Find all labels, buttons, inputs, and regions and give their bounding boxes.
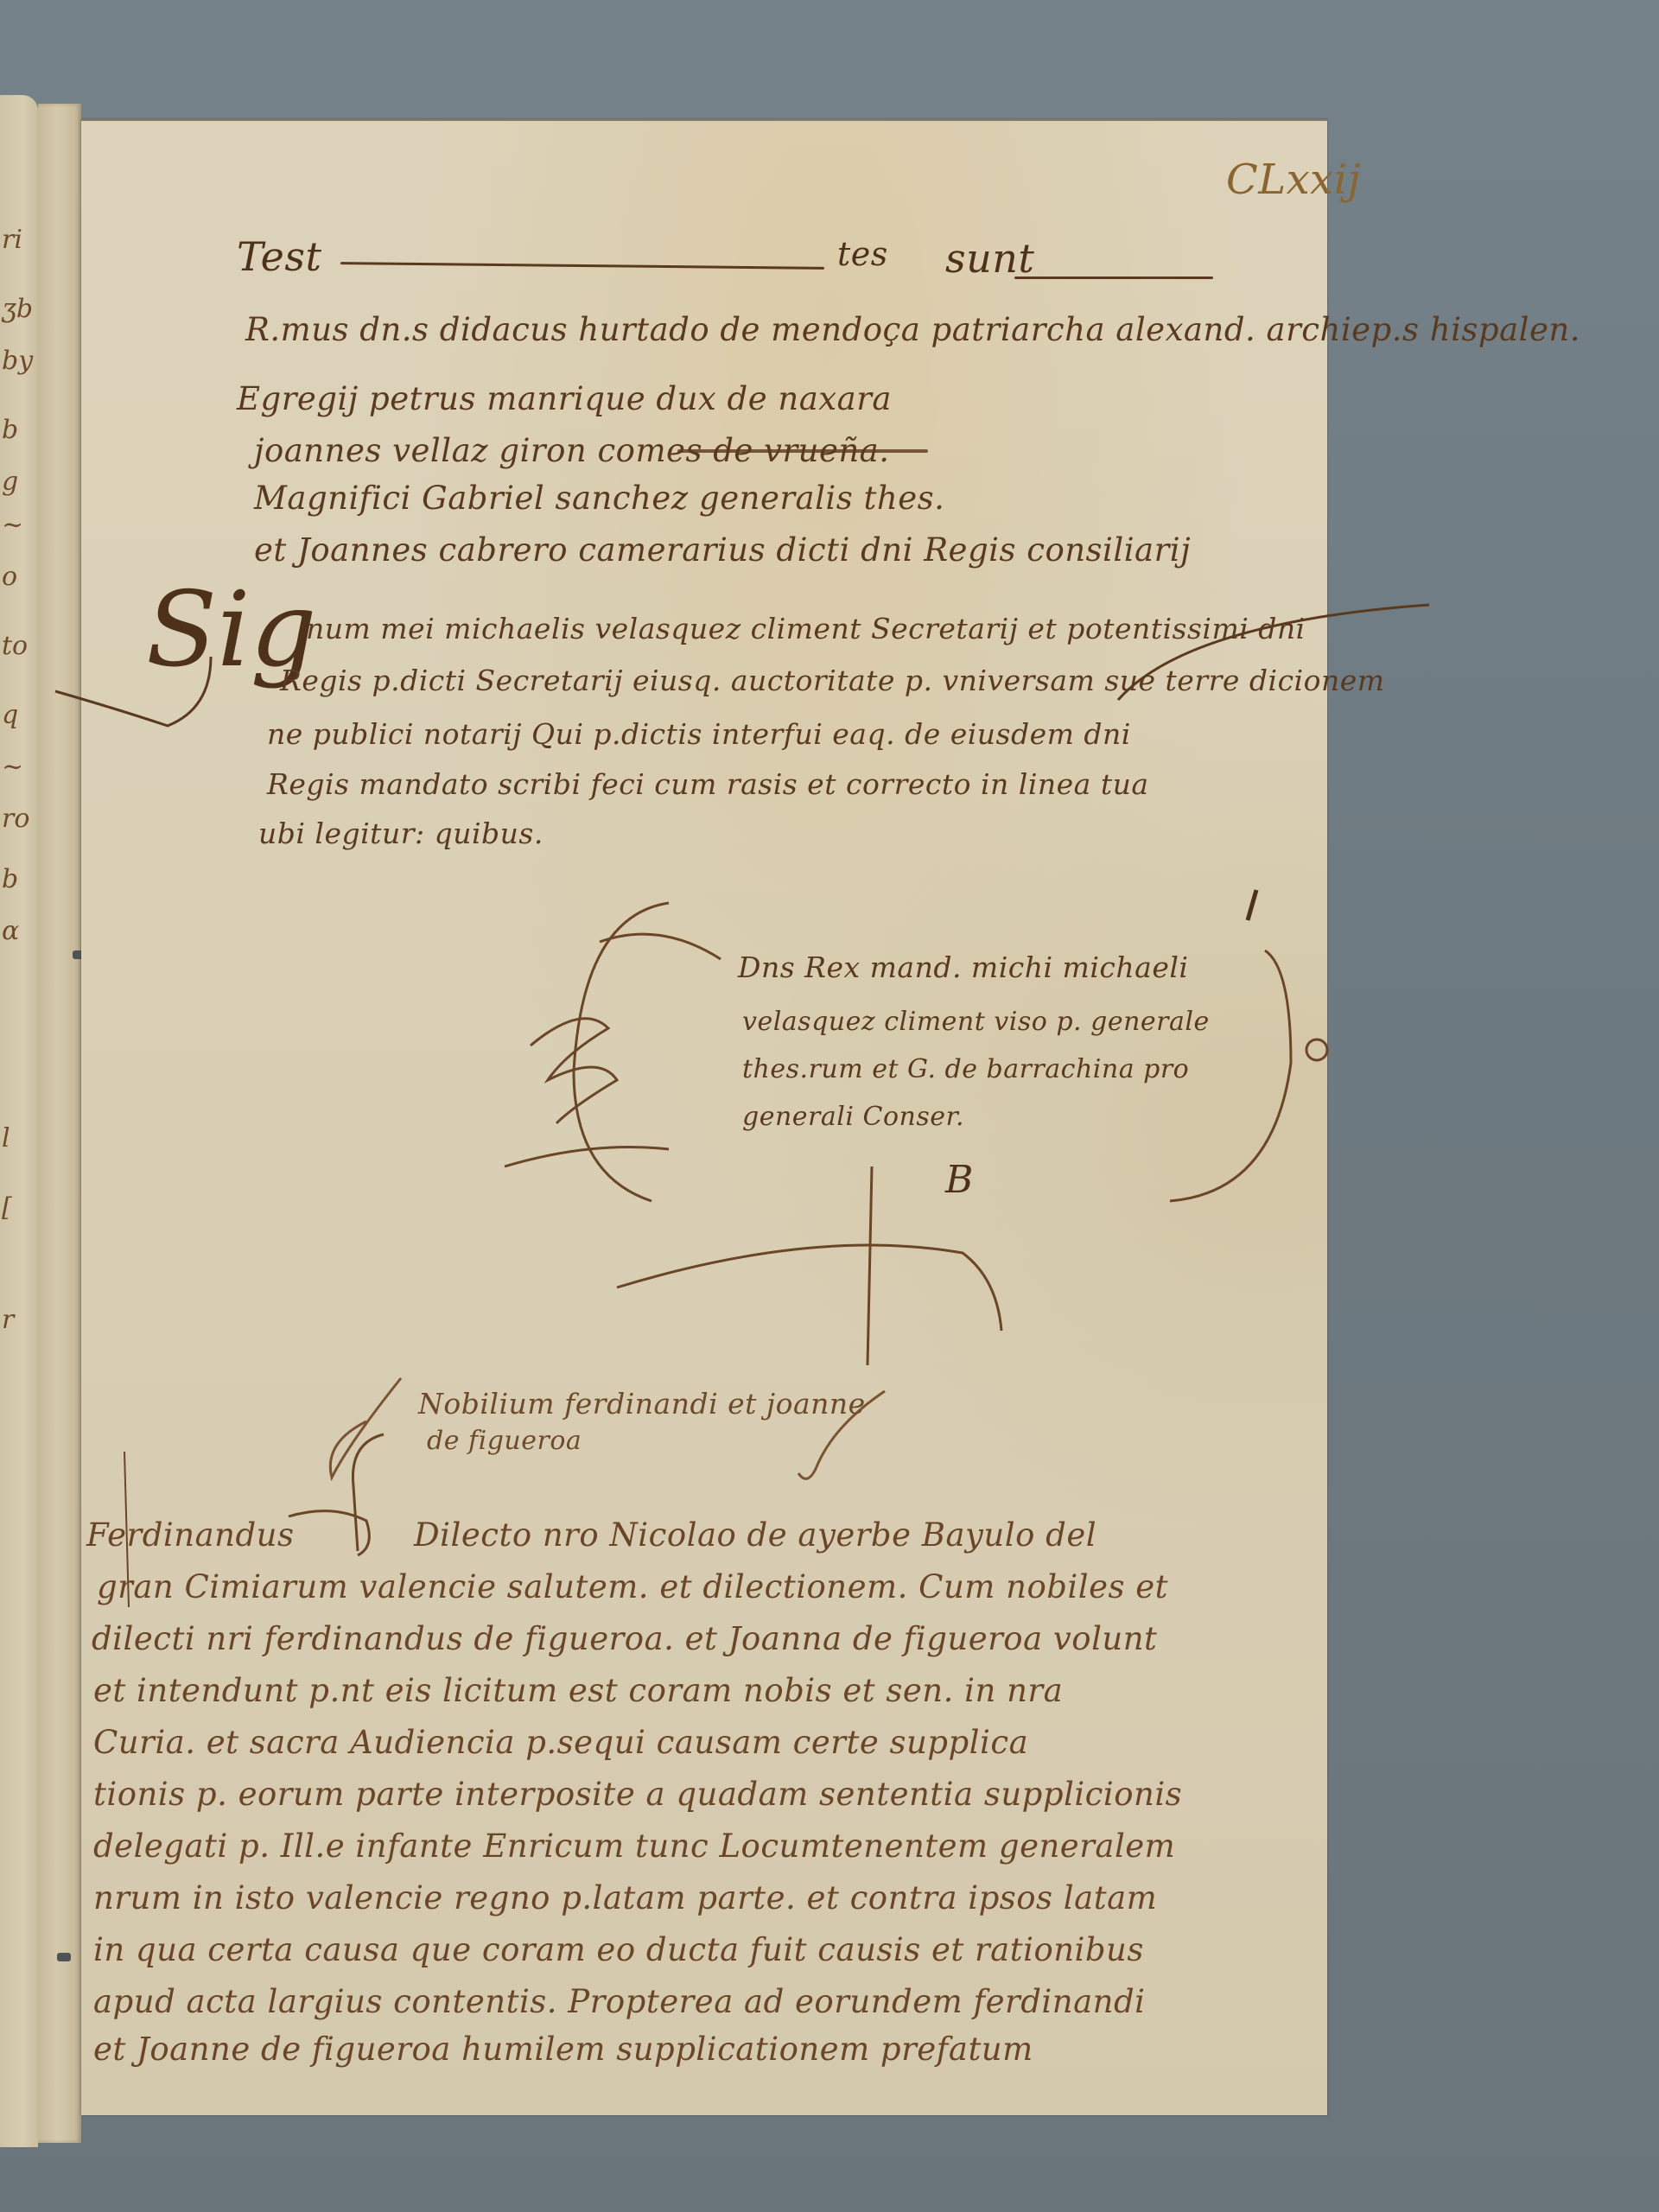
facing-page: ri ʒb by b g ~ o to q ~ ro b ɑ l [ r — [0, 95, 38, 2147]
folio-number: CLxxij — [1226, 156, 1361, 204]
manuscript-page: CLxxij Test tes sunt R.mus dn.s didacus … — [81, 119, 1327, 2115]
mandate-monogram: B — [945, 1158, 973, 1202]
facing-page-script: r — [2, 1305, 14, 1335]
main-text-line: delegati p. Ill.e infante Enricum tunc L… — [93, 1827, 1175, 1865]
witnesses-heading-right: sunt — [945, 235, 1034, 282]
signum-line: Regis p.dicti Secretarij eiusq. auctorit… — [280, 664, 1385, 697]
facing-page-script: o — [2, 562, 17, 592]
facing-page-script: b — [2, 864, 18, 894]
facing-page-script: b — [2, 415, 18, 445]
signum-line: ubi legitur: quibus. — [258, 817, 543, 850]
main-text-line: et intendunt p.nt eis licitum est coram … — [93, 1672, 1063, 1709]
witness-line: Magnifici Gabriel sanchez generalis thes… — [254, 480, 944, 517]
facing-page-script: q — [2, 700, 18, 730]
signum-line: ne publici notarij Qui p.dictis interfui… — [267, 717, 1131, 751]
facing-page-script: ri — [2, 225, 22, 255]
margin-note-line: de figueroa — [427, 1426, 582, 1456]
main-text-line: Dilecto nro Nicolao de ayerbe Bayulo del — [414, 1516, 1096, 1554]
facing-page-script: l — [2, 1123, 10, 1154]
line-fill-stroke — [677, 449, 928, 453]
witness-line: Egregij petrus manrique dux de naxara — [237, 380, 892, 417]
mandate-line: thes.rum et G. de barrachina pro — [742, 1054, 1189, 1084]
heading-line-fill — [340, 262, 824, 270]
mandate-line: generali Conser. — [742, 1102, 964, 1132]
witnesses-heading-left: Test — [237, 233, 321, 280]
main-text-line: dilecti nri ferdinandus de figueroa. et … — [92, 1620, 1157, 1657]
signum-line: num mei michaelis velasquez climent Secr… — [306, 612, 1306, 645]
facing-page-script: by — [2, 346, 33, 376]
facing-page-script: to — [2, 631, 28, 661]
facing-page-script: ~ — [2, 752, 23, 782]
witness-line: R.mus dn.s didacus hurtado de mendoça pa… — [245, 311, 1580, 348]
signum-line: Regis mandato scribi feci cum rasis et c… — [267, 767, 1149, 801]
main-text-line: apud acta largius contentis. Propterea a… — [93, 1983, 1146, 2020]
main-text-initial-word: Ferdinandus — [86, 1516, 294, 1554]
main-text-line: in qua certa causa que coram eo ducta fu… — [93, 1931, 1144, 1968]
facing-page-script: ro — [2, 804, 29, 834]
main-text-line: tionis p. eorum parte interposite a quad… — [93, 1776, 1182, 1813]
gutter-mark — [57, 1953, 71, 1961]
main-text-line: et Joanne de figueroa humilem supplicati… — [93, 2031, 1033, 2068]
facing-page-script: g — [2, 467, 18, 497]
main-text-line: gran Cimiarum valencie salutem. et dilec… — [97, 1568, 1168, 1605]
witness-line: et Joannes cabrero camerarius dicti dni … — [254, 531, 1191, 569]
margin-note-line: Nobilium ferdinandi et joanne — [418, 1387, 866, 1421]
signum-flourish — [81, 605, 254, 726]
mandate-line: velasquez climent viso p. generale — [742, 1007, 1210, 1037]
facing-page-script: ~ — [2, 510, 23, 540]
mandate-line: Dns Rex mand. michi michaeli — [738, 950, 1188, 984]
witnesses-heading-middle: tes — [837, 235, 888, 273]
facing-page-script: ʒb — [2, 294, 33, 324]
facing-page-script: [ — [2, 1192, 12, 1223]
main-text-line: nrum in isto valencie regno p.latam part… — [93, 1879, 1157, 1916]
facing-page-script: ɑ — [2, 916, 19, 946]
heading-line-fill — [1014, 276, 1213, 279]
book-spine-gutter — [38, 104, 81, 2143]
main-text-line: Curia. et sacra Audiencia p.sequi causam… — [93, 1724, 1028, 1761]
